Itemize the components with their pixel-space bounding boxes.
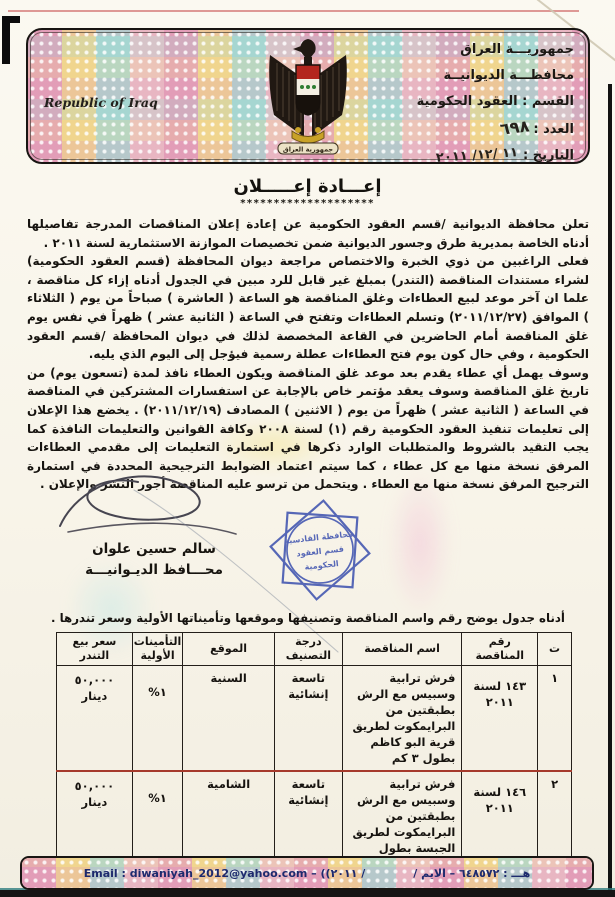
- cell-insurance: ١%: [132, 666, 183, 772]
- col-tender-price: سعر بيع التندر: [57, 633, 133, 666]
- country-en: Republic of Iraq: [44, 90, 227, 116]
- col-tender-number: رقم المناقصة: [462, 633, 538, 666]
- cell-location: السنية: [183, 666, 275, 772]
- flag-shield: [296, 65, 320, 115]
- cell-tender-number: ١٤٣ لسنة ٢٠١١: [462, 666, 538, 772]
- signatory-title: محـــافظ الديـوانيـــة: [60, 562, 248, 578]
- announcement-body: تعلن محافظة الديوانية /قسم العقود الحكوم…: [27, 215, 589, 494]
- letterhead-english: Republic of Iraq Al-Diwaniyah Governorat…: [44, 39, 227, 164]
- scan-top-line: [8, 10, 579, 12]
- stamp-text-3: الحكومية: [304, 559, 339, 572]
- scan-bottom-band: [0, 890, 615, 897]
- stamp-text-2: قسم العقود: [296, 545, 344, 559]
- footer-contact-strip: Email : diwaniyah_2012@yahoo.com – ((٢٠١…: [20, 856, 594, 890]
- page-title: إعـــادة إعـــــلان: [0, 176, 615, 197]
- table-intro-line: أدناه جدول يوضح رقم واسم المناقصة وتصنيف…: [25, 611, 591, 625]
- letterhead: Republic of Iraq Al-Diwaniyah Governorat…: [26, 28, 590, 164]
- table-header-row: ت رقم المناقصة اسم المناقصة درجة التصنيف…: [57, 633, 572, 666]
- letterhead-arabic: جمهوريـــة العراق محافظـــة الديوانيــة …: [417, 37, 574, 164]
- emblem-banner-text: جمهورية العراق: [283, 146, 334, 154]
- cell-classification: تاسعة إنشائية: [274, 666, 342, 772]
- country-ar: جمهوريـــة العراق: [417, 37, 574, 63]
- col-classification: درجة التصنيف: [274, 633, 342, 666]
- scanned-document-page: Republic of Iraq Al-Diwaniyah Governorat…: [0, 0, 615, 897]
- document-date: التاريخ : ١١ /١٢/ ٢٠١١: [417, 143, 574, 164]
- table-row: ١ ١٤٣ لسنة ٢٠١١ فرش ترابية وسبيس مع الرش…: [57, 666, 572, 772]
- document-number: العدد : ٦٩٨: [417, 115, 574, 143]
- document-number-handwritten: ٦٩٨: [498, 113, 530, 142]
- signatory-name: سالم حسين علوان: [60, 541, 248, 557]
- title-underline-stars: ********************: [0, 198, 615, 209]
- department-ar: القسم : العقود الحكومية: [417, 89, 574, 115]
- cell-tender-name: فرش ترابية وسبيس مع الرش بطبقتين من البر…: [342, 666, 462, 772]
- official-stamp: محافظة القادسية قسم العقود الحكومية: [254, 484, 386, 616]
- col-initial-insurance: التأمينات الأولية: [132, 633, 183, 666]
- col-tender-name: اسم المناقصة: [342, 633, 462, 666]
- col-serial: ت: [538, 633, 572, 666]
- cell-serial: ١: [538, 666, 572, 772]
- body-paragraph-1: تعلن محافظة الديوانية /قسم العقود الحكوم…: [27, 215, 589, 252]
- body-paragraph-2: فعلى الراغبين من ذوي الخبرة والاختصاص مر…: [27, 252, 589, 364]
- scan-corner-mark: [2, 16, 10, 64]
- stamp-text-1: محافظة القادسية: [284, 529, 354, 545]
- footer-email-text: Email : diwaniyah_2012@yahoo.com – ((٢٠١…: [84, 867, 366, 880]
- iraq-coat-of-arms: جمهورية العراق: [262, 35, 354, 161]
- cell-price: ٥٠,٠٠٠ دينار: [57, 666, 133, 772]
- tenders-table: ت رقم المناقصة اسم المناقصة درجة التصنيف…: [56, 632, 572, 884]
- scan-corner-mark: [2, 16, 20, 23]
- footer-phone-text: هـــ : ٦٤٨٥٧٢ – الايم /: [413, 867, 530, 880]
- col-location: الموقع: [183, 633, 275, 666]
- governorate-ar: محافظـــة الديوانيــة: [417, 63, 574, 89]
- document-date-handwritten: ١١ /١٢/ ٢٠١١: [436, 140, 520, 164]
